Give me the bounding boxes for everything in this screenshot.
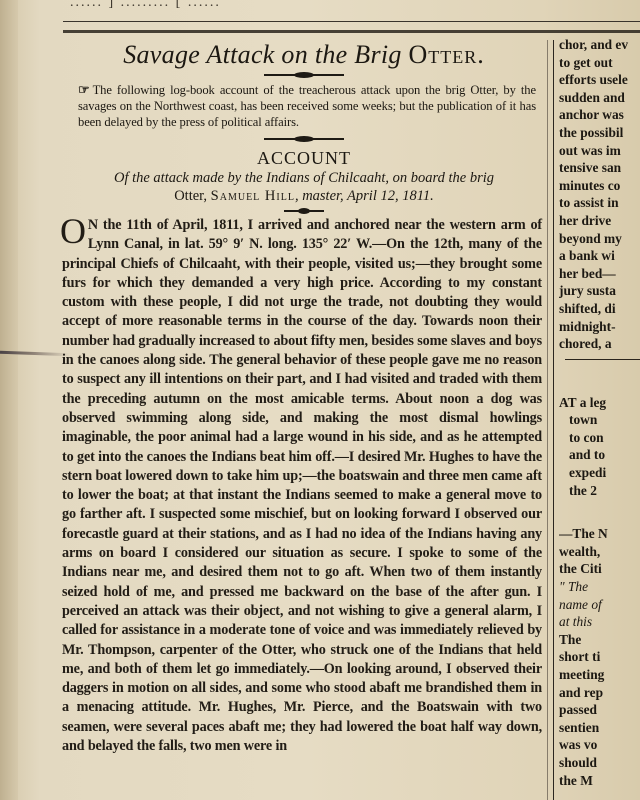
side-line: chor, and ev [559, 36, 640, 54]
side-line: her drive [559, 212, 640, 230]
side-paragraph-3: —The Nwealth,the Citi [559, 525, 640, 578]
column-divider [553, 40, 554, 800]
side-line: meeting [559, 666, 640, 684]
side-line: name of [559, 596, 640, 614]
side-paragraph-3-italic: " Thename ofat this [559, 578, 640, 631]
side-line: jury susta [559, 282, 640, 300]
side-paragraph-4: Theshort timeetingand reppassedsentienwa… [559, 631, 640, 789]
side-line: AT a leg [559, 394, 640, 412]
ornament-divider [264, 72, 344, 78]
side-line: should [559, 754, 640, 772]
header-rule-thick [63, 30, 640, 33]
subtitle-line-2: Otter, Samuel Hill, master, April 12, 18… [60, 187, 548, 205]
top-cropped-text: ...... ] ......... [ ...... [70, 0, 630, 12]
adjacent-column: chor, and evto get outefforts uselesudde… [559, 36, 640, 789]
side-line: the 2 [559, 482, 640, 500]
body-text: N the 11th of April, 1811, I arrived and… [62, 217, 542, 754]
headline-italic: Savage Attack on the Brig [123, 40, 408, 69]
subtitle-line-1: Of the attack made by the Indians of Chi… [60, 169, 548, 187]
side-line: anchor was [559, 106, 640, 124]
ornament-divider [264, 136, 344, 142]
side-line: and to [559, 446, 640, 464]
side-line: —The N [559, 525, 640, 543]
header-rule-thin [63, 21, 640, 22]
side-line: beyond my [559, 230, 640, 248]
side-line: tensive san [559, 159, 640, 177]
intro-paragraph: ☞The following log-book account of the t… [78, 82, 536, 130]
side-line: a bank wi [559, 247, 640, 265]
side-line: sudden and [559, 89, 640, 107]
headline-ship-name: Otter. [409, 40, 485, 69]
side-line: sentien [559, 719, 640, 737]
side-paragraph-2: AT a legtownto conand toexpedithe 2 [559, 394, 640, 500]
side-line: to con [559, 429, 640, 447]
side-line: out was im [559, 142, 640, 160]
side-line: the M [559, 772, 640, 790]
side-line: minutes co [559, 177, 640, 195]
side-line: her bed— [559, 265, 640, 283]
article-body: ON the 11th of April, 1811, I arrived an… [62, 216, 542, 756]
side-line: " The [559, 578, 640, 596]
side-line: midnight- [559, 318, 640, 336]
side-line: expedi [559, 464, 640, 482]
account-subtitle: Of the attack made by the Indians of Chi… [60, 169, 548, 205]
side-line: the Citi [559, 560, 640, 578]
page-edge [0, 0, 18, 800]
side-line: chored, a [559, 335, 640, 353]
drop-cap: O [60, 216, 86, 246]
main-article-column: Savage Attack on the Brig Otter. ☞The fo… [60, 36, 548, 756]
intro-text: The following log-book account of the tr… [78, 83, 536, 129]
side-line: efforts usele [559, 71, 640, 89]
side-paragraph-1: chor, and evto get outefforts uselesudde… [559, 36, 640, 353]
ornament-divider [284, 208, 324, 214]
side-line: The [559, 631, 640, 649]
article-headline: Savage Attack on the Brig Otter. [60, 40, 548, 70]
short-rule [565, 359, 640, 360]
side-line: short ti [559, 648, 640, 666]
pointing-hand-icon: ☞ [78, 82, 90, 97]
side-line: the possibil [559, 124, 640, 142]
side-line: wealth, [559, 543, 640, 561]
master-name: Samuel Hill [211, 188, 295, 204]
side-line: passed [559, 701, 640, 719]
side-line: and rep [559, 684, 640, 702]
newspaper-page: ...... ] ......... [ ...... Savage Attac… [0, 0, 640, 800]
side-line: was vo [559, 736, 640, 754]
side-line: to assist in [559, 194, 640, 212]
side-line: shifted, di [559, 300, 640, 318]
side-line: at this [559, 613, 640, 631]
account-title: ACCOUNT [60, 148, 548, 169]
side-line: town [559, 411, 640, 429]
side-line: to get out [559, 54, 640, 72]
